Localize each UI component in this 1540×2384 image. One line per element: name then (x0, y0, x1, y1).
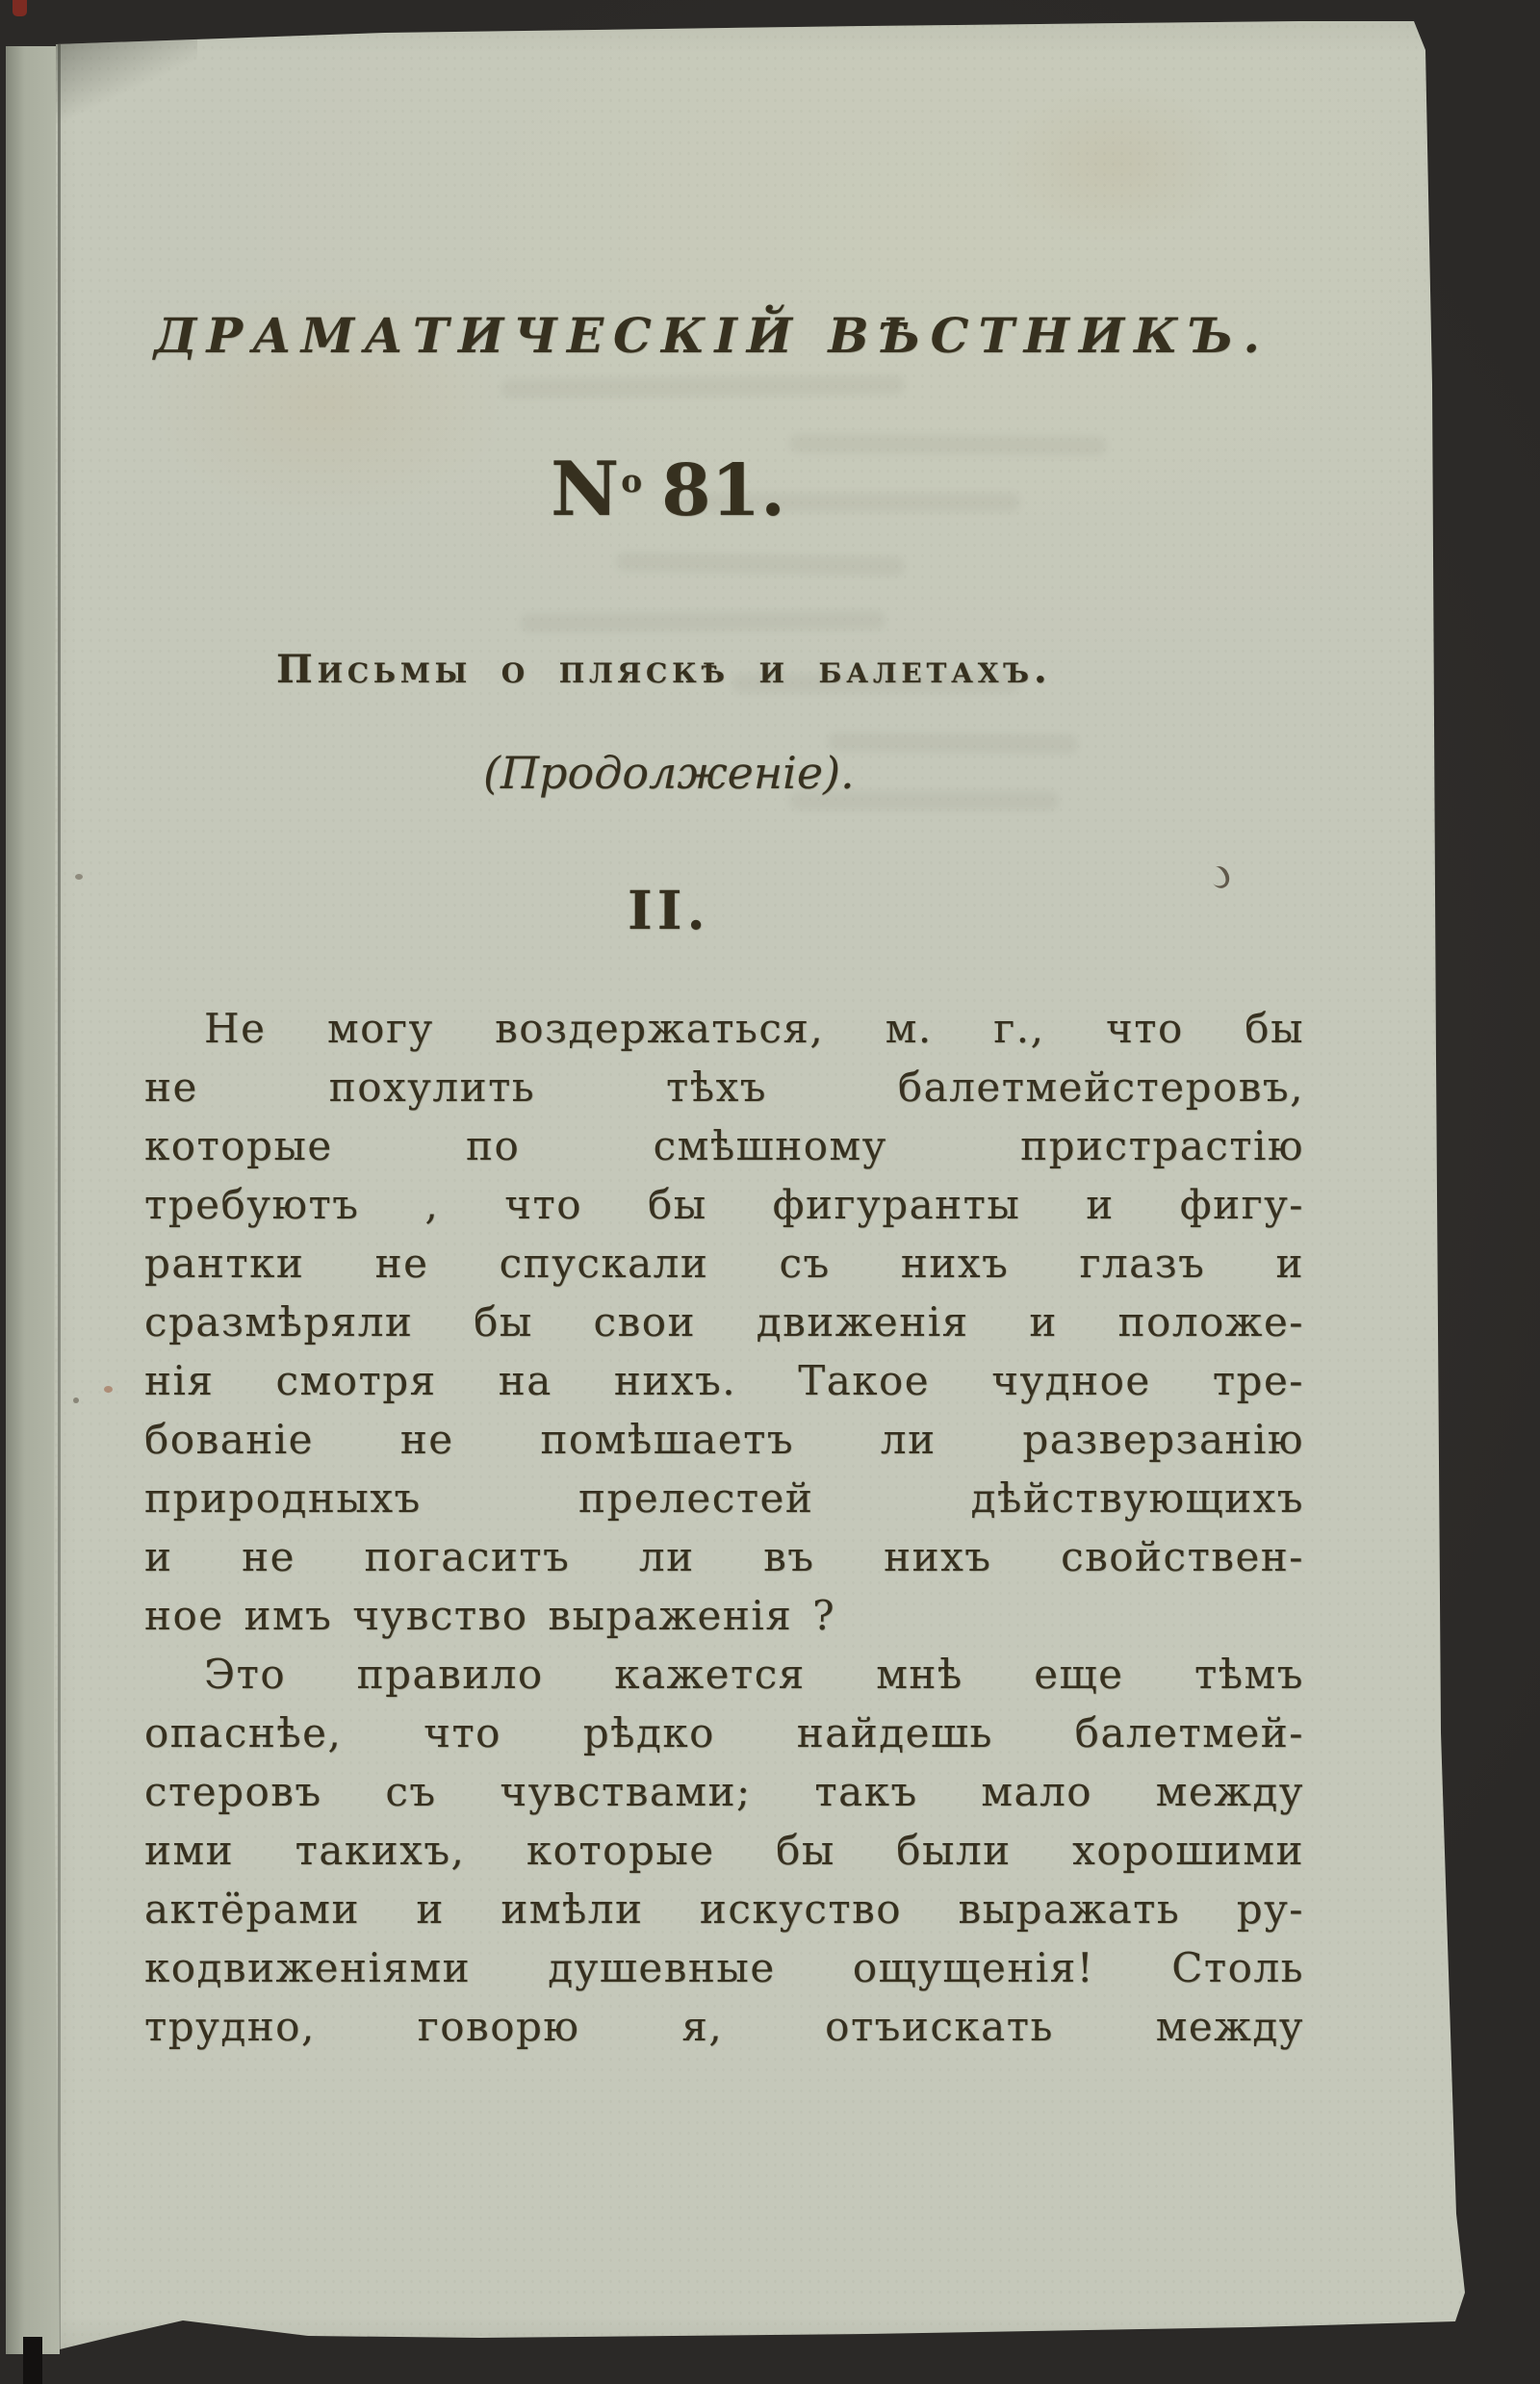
text-line: Это правило кажется мнѣ еще тѣмъ (144, 1645, 1304, 1704)
text-line: Не могу воздержаться, м. г., что бы (144, 999, 1304, 1058)
issue-letter: N (551, 446, 619, 533)
text-line: кодвиженіями душевные ощущенія! Столь (144, 1938, 1304, 1997)
text-line: которые по смѣшному пристрастію (144, 1116, 1304, 1175)
issue-number: No81. (551, 452, 785, 527)
article-subtitle: (Продолженіе). (483, 751, 855, 795)
text-line: нія смотря на нихъ. Такое чудное тре- (144, 1351, 1304, 1410)
journal-masthead: ДРАМАТИЧЕСКІЙ ВѢСТНИКЪ. (154, 312, 1270, 360)
text-line: ное имъ чувство выраженія ? (144, 1586, 1304, 1645)
issue-value: 81. (661, 449, 785, 532)
text-line: природныхъ прелестей дѣйствующихъ (144, 1469, 1304, 1527)
show-through-smudge (616, 551, 905, 576)
binding-strip (23, 2337, 42, 2384)
binding-thread (13, 0, 27, 16)
article-title: Письмы о пляскѣ и балетахъ. (276, 651, 1052, 689)
previous-page-edge (6, 46, 60, 2354)
ink-speck (73, 1397, 79, 1403)
section-numeral: II. (628, 884, 710, 936)
text-line: бованіе не помѣшаетъ ли разверзанію (144, 1410, 1304, 1469)
show-through-smudge (500, 375, 905, 398)
gutter-crease (58, 44, 61, 2350)
text-line: актёрами и имѣли искуство выражать ру- (144, 1880, 1304, 1938)
page-corner-fold (53, 33, 197, 139)
book-page: ДРАМАТИЧЕСКІЙ ВѢСТНИКЪ. No81. Письмы о п… (0, 0, 1540, 2384)
show-through-smudge (828, 732, 1078, 755)
show-through-smudge (789, 434, 1107, 456)
text-line: требуютъ , что бы фигуранты и фигу- (144, 1175, 1304, 1234)
text-line: ими такихъ, которые бы были хорошими (144, 1821, 1304, 1880)
text-line: трудно, говорю я, отъискать между (144, 1997, 1304, 2056)
text-line: сразмѣряли бы свои движенія и положе- (144, 1293, 1304, 1351)
text-line: опаснѣе, что рѣдко найдешь балетмей- (144, 1704, 1304, 1762)
issue-ordinal-icon: o (621, 462, 642, 500)
ink-speck (75, 874, 83, 880)
text-line: не похулить тѣхъ балетмейстеровъ, (144, 1058, 1304, 1116)
foxing-speck (104, 1386, 113, 1393)
text-line: стеровъ съ чувствами; такъ мало между (144, 1762, 1304, 1821)
show-through-smudge (520, 610, 885, 632)
margin-mark (1207, 863, 1234, 891)
article-body: Не могу воздержаться, м. г., что быне по… (144, 999, 1304, 2056)
book-scan: ДРАМАТИЧЕСКІЙ ВѢСТНИКЪ. No81. Письмы о п… (0, 0, 1540, 2384)
text-line: рантки не спускали съ нихъ глазъ и (144, 1234, 1304, 1293)
text-line: и не погаситъ ли въ нихъ свойствен- (144, 1527, 1304, 1586)
